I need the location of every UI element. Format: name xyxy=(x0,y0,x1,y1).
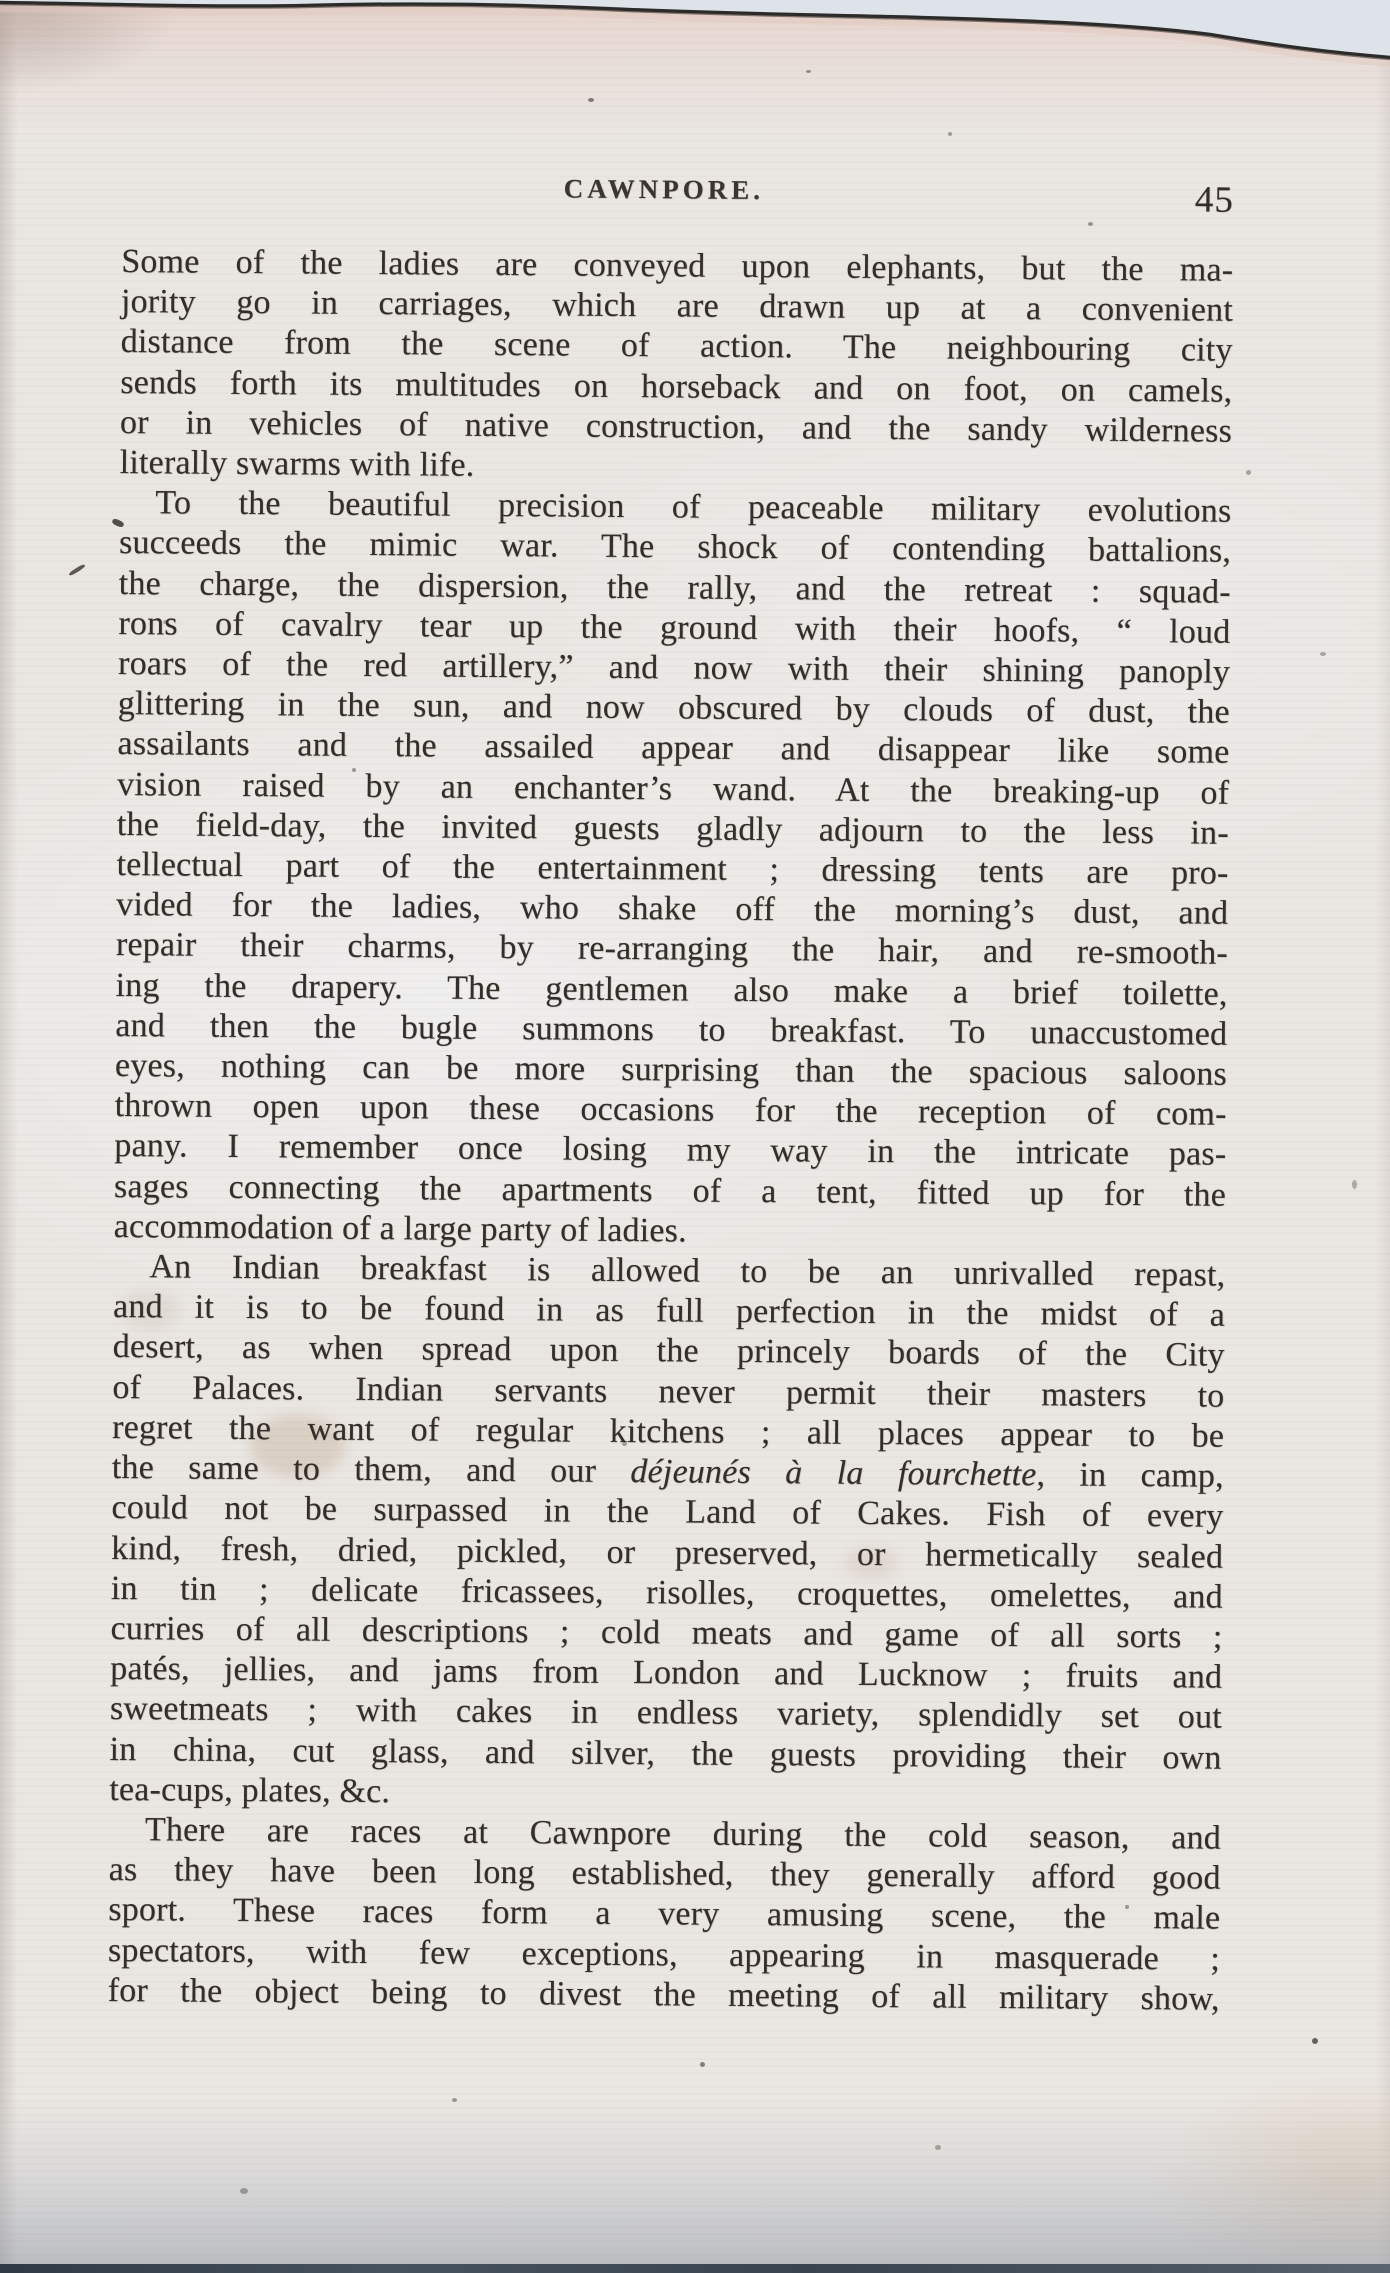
paragraph: An Indian breakfast is allowed to be an … xyxy=(109,1247,1225,1819)
paragraph: There are races at Cawnpore during the c… xyxy=(108,1810,1222,2020)
page-body: Some of the ladies are conveyed upon ele… xyxy=(108,242,1234,2020)
ink-speck xyxy=(948,132,952,136)
paragraph: Some of the ladies are conveyed upon ele… xyxy=(120,242,1234,492)
ink-speck xyxy=(588,98,594,102)
text-segment: the same to them, and our xyxy=(112,1449,631,1490)
scanned-book-page: CAWNPORE. 45 Some of the ladies are conv… xyxy=(0,0,1390,2273)
text-line: for the object being to divest the meeti… xyxy=(108,1971,1220,2020)
page-top-edge xyxy=(0,0,1390,72)
ink-speck xyxy=(700,2062,705,2067)
paragraph: To the beautiful precision of peaceable … xyxy=(114,483,1232,1256)
text-segment: , in camp, xyxy=(1036,1456,1224,1494)
ink-speck xyxy=(1312,2038,1318,2044)
italic-phrase: déjeunés à la fourchette xyxy=(630,1453,1036,1493)
ink-speck xyxy=(1320,652,1326,656)
ink-speck xyxy=(452,2098,457,2102)
ink-speck xyxy=(1088,222,1093,226)
margin-mark xyxy=(68,564,85,577)
ink-speck xyxy=(240,2188,248,2194)
ink-speck xyxy=(1246,470,1251,475)
printed-content: CAWNPORE. 45 Some of the ladies are conv… xyxy=(122,170,1234,179)
page-bottom-edge xyxy=(0,2264,1390,2273)
ink-speck xyxy=(935,2145,941,2150)
ink-speck xyxy=(1352,1180,1357,1189)
page-number: 45 xyxy=(1195,178,1234,221)
running-header: CAWNPORE. xyxy=(108,170,1220,210)
